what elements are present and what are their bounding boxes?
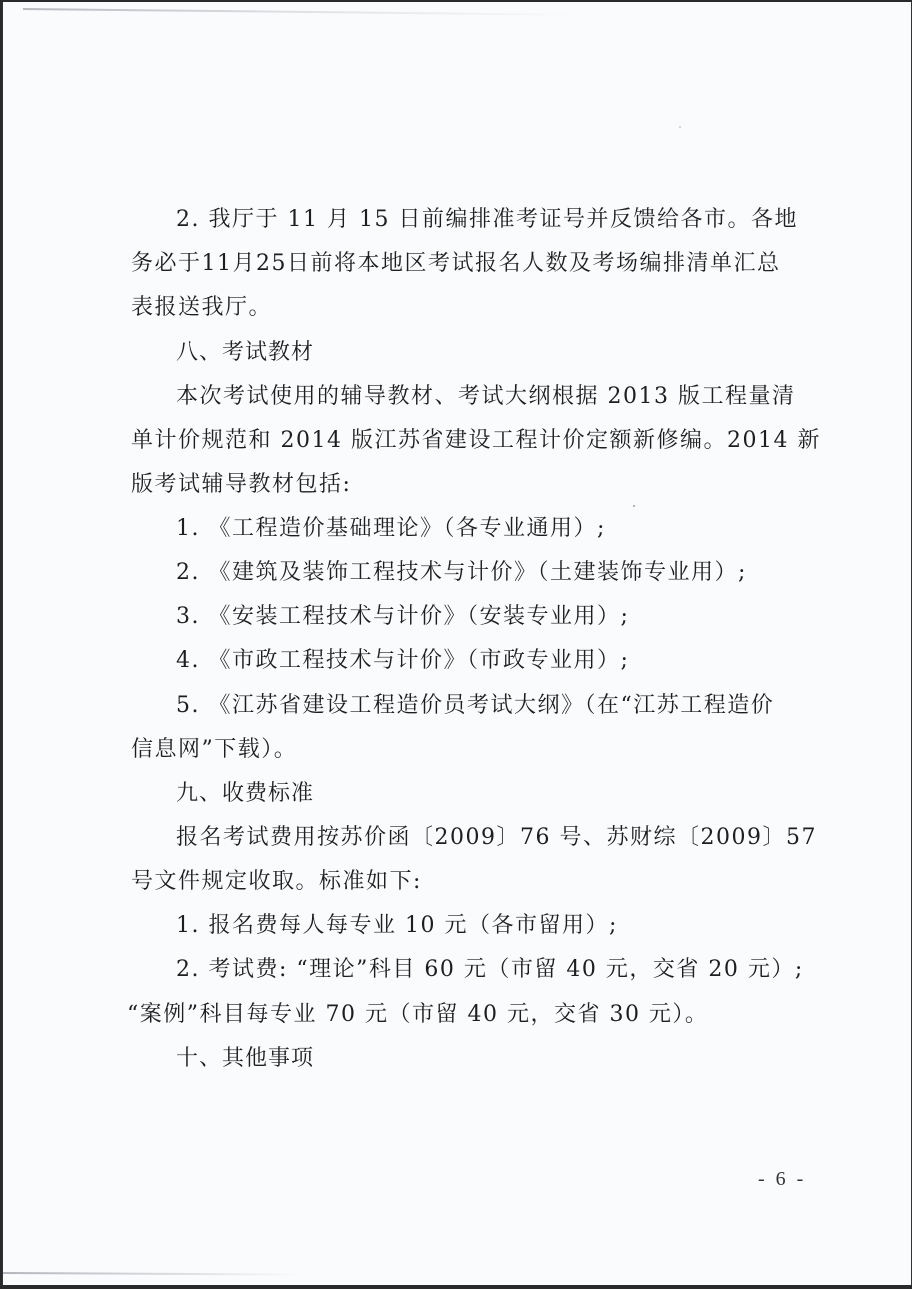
list-item: 5. 《江苏省建设工程造价员考试大纲》（在“江苏工程造价 <box>176 691 774 721</box>
list-item: 1. 《工程造价基础理论》（各专业通用）; <box>176 514 606 544</box>
list-item: 1. 报名费每人每专业 10 元（各市留用）; <box>176 911 618 941</box>
paragraph-line: 2. 我厅于 11 月 15 日前编排准考证号并反馈给各市。各地 <box>176 205 798 235</box>
paragraph-line: 版考试辅导教材包括: <box>131 470 351 500</box>
list-item: 2. 《建筑及装饰工程技术与计价》（土建装饰专业用）; <box>176 558 747 588</box>
list-item: 2. 考试费: “理论”科目 60 元（市留 40 元，交省 20 元）; <box>176 955 804 985</box>
scan-speck <box>679 126 681 128</box>
list-item-continuation: 信息网”下载）。 <box>131 735 297 765</box>
paragraph-line: 号文件规定收取。标准如下: <box>131 867 422 897</box>
paragraph-line: 本次考试使用的辅导教材、考试大纲根据 2013 版工程量清 <box>176 382 795 412</box>
scan-artifact-top <box>23 8 583 16</box>
section-heading-8: 八、考试教材 <box>176 338 314 368</box>
page-number: - 6 - <box>758 1168 806 1191</box>
list-item: 3. 《安装工程技术与计价》（安装专业用）; <box>176 602 629 632</box>
section-heading-10: 十、其他事项 <box>176 1044 314 1074</box>
paragraph-line: 单计价规范和 2014 版江苏省建设工程计价定额新修编。2014 新 <box>131 426 821 456</box>
scanned-page: 2. 我厅于 11 月 15 日前编排准考证号并反馈给各市。各地 务必于11月2… <box>2 2 912 1285</box>
paragraph-line: 报名考试费用按苏价函〔2009〕76 号、苏财综〔2009〕57 <box>176 823 817 853</box>
scan-speck <box>633 505 635 507</box>
list-item-continuation: “案例”科目每专业 70 元（市留 40 元，交省 30 元）。 <box>127 1000 708 1030</box>
paragraph-line: 务必于11月25日前将本地区考试报名人数及考场编排清单汇总 <box>131 249 781 279</box>
list-item: 4. 《市政工程技术与计价》（市政专业用）; <box>176 646 629 676</box>
section-heading-9: 九、收费标准 <box>176 779 314 809</box>
paragraph-line: 表报送我厅。 <box>131 293 272 323</box>
scan-artifact-bottom <box>3 1272 303 1276</box>
